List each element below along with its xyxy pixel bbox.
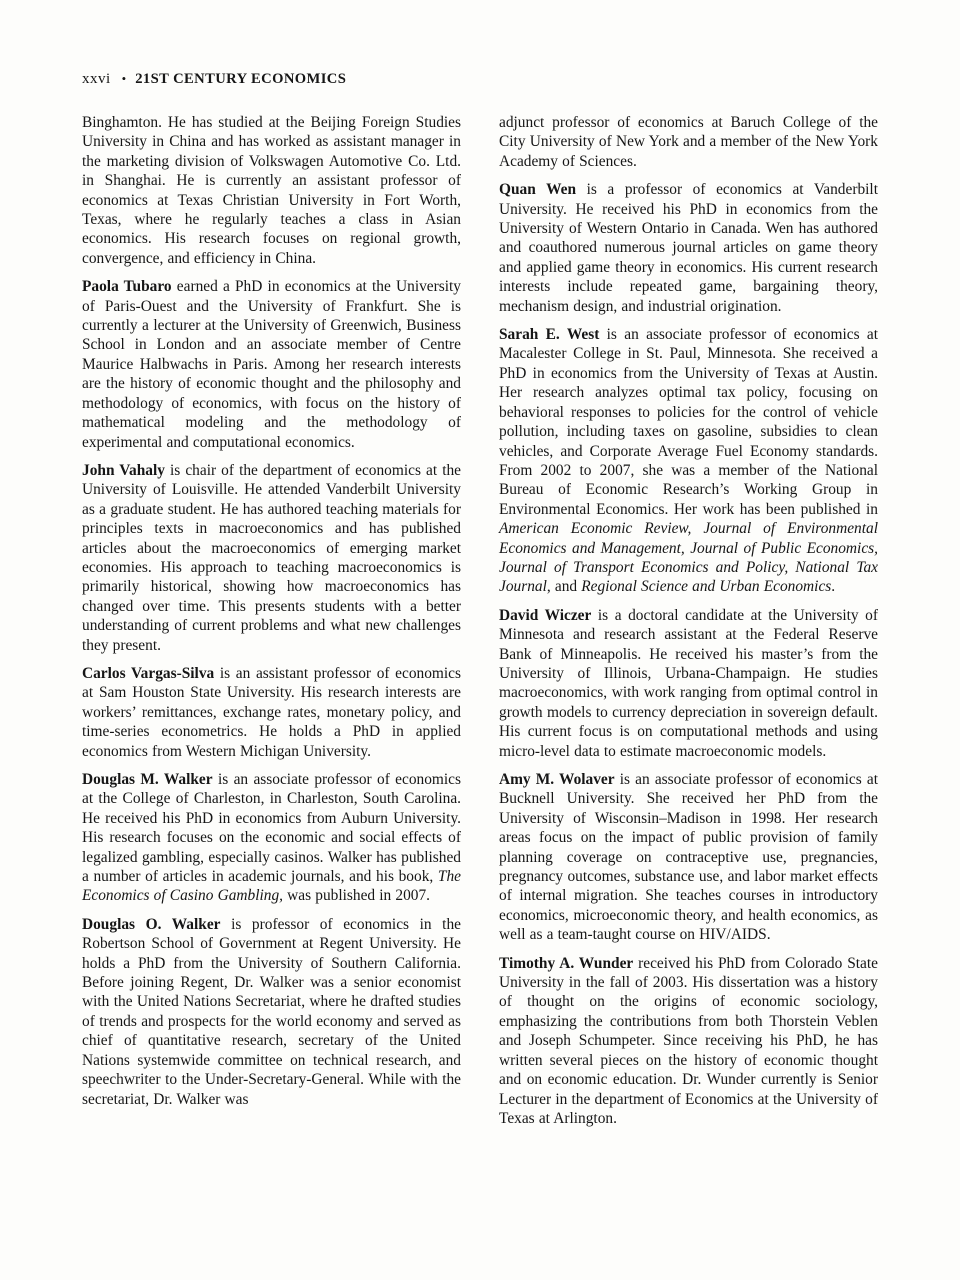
bio-text: is an associate professor of economics a… <box>499 326 878 518</box>
contributor-name: Douglas O. Walker <box>82 916 220 933</box>
bio-paragraph: Douglas O. Walker is professor of econom… <box>82 915 461 1109</box>
bio-paragraph: Amy M. Wolaver is an associate professor… <box>499 770 878 945</box>
bio-paragraph: Douglas M. Walker is an associate profes… <box>82 770 461 906</box>
bio-text: is an associate professor of economics a… <box>499 771 878 943</box>
contributor-name: Timothy A. Wunder <box>499 955 633 972</box>
contributor-name: Amy M. Wolaver <box>499 771 615 788</box>
bio-paragraph: John Vahaly is chair of the department o… <box>82 461 461 655</box>
publication-title: Regional Science and Urban Economics <box>581 578 831 595</box>
two-column-text-body: Binghamton. He has studied at the Beijin… <box>82 113 879 1128</box>
bio-paragraph: Binghamton. He has studied at the Beijin… <box>82 113 461 268</box>
bio-paragraph: Quan Wen is a professor of economics at … <box>499 180 878 316</box>
bio-paragraph: Sarah E. West is an associate professor … <box>499 325 878 597</box>
contributor-name: Douglas M. Walker <box>82 771 213 788</box>
contributor-name: Quan Wen <box>499 181 576 198</box>
bio-text: is a professor of economics at Vanderbil… <box>499 181 878 314</box>
contributor-name: John Vahaly <box>82 462 165 479</box>
bio-paragraph: David Wiczer is a doctoral candidate at … <box>499 606 878 761</box>
bio-text: adjunct professor of economics at Baruch… <box>499 114 878 170</box>
bio-text: is a doctoral candidate at the Universit… <box>499 607 878 760</box>
contributor-name: David Wiczer <box>499 607 591 624</box>
bio-text: Binghamton. He has studied at the Beijin… <box>82 114 461 267</box>
folio-number: xxvi <box>82 70 111 88</box>
bio-paragraph: Timothy A. Wunder received his PhD from … <box>499 954 878 1129</box>
bio-text: received his PhD from Colorado State Uni… <box>499 955 878 1127</box>
bio-text: is professor of economics in the Roberts… <box>82 916 461 1108</box>
bio-text: is chair of the department of economics … <box>82 462 461 654</box>
left-column: Binghamton. He has studied at the Beijin… <box>82 113 461 1128</box>
running-head: xxvi • 21ST CENTURY ECONOMICS <box>82 70 879 88</box>
bio-paragraph: Paola Tubaro earned a PhD in economics a… <box>82 277 461 452</box>
bio-text: . <box>831 578 835 595</box>
contributor-name: Paola Tubaro <box>82 278 172 295</box>
bio-text: earned a PhD in economics at the Univers… <box>82 278 461 450</box>
bio-text: was published in 2007. <box>283 887 430 904</box>
contributor-name: Sarah E. West <box>499 326 599 343</box>
book-page: xxvi • 21ST CENTURY ECONOMICS Binghamton… <box>0 0 960 1280</box>
bullet-separator-icon: • <box>122 70 127 88</box>
contributor-name: Carlos Vargas-Silva <box>82 665 214 682</box>
bio-text: , and <box>547 578 581 595</box>
running-head-title: 21ST CENTURY ECONOMICS <box>135 70 346 88</box>
right-column: adjunct professor of economics at Baruch… <box>499 113 878 1128</box>
bio-paragraph: adjunct professor of economics at Baruch… <box>499 113 878 171</box>
bio-paragraph: Carlos Vargas-Silva is an assistant prof… <box>82 664 461 761</box>
bio-text: is an associate professor of economics a… <box>82 771 461 885</box>
